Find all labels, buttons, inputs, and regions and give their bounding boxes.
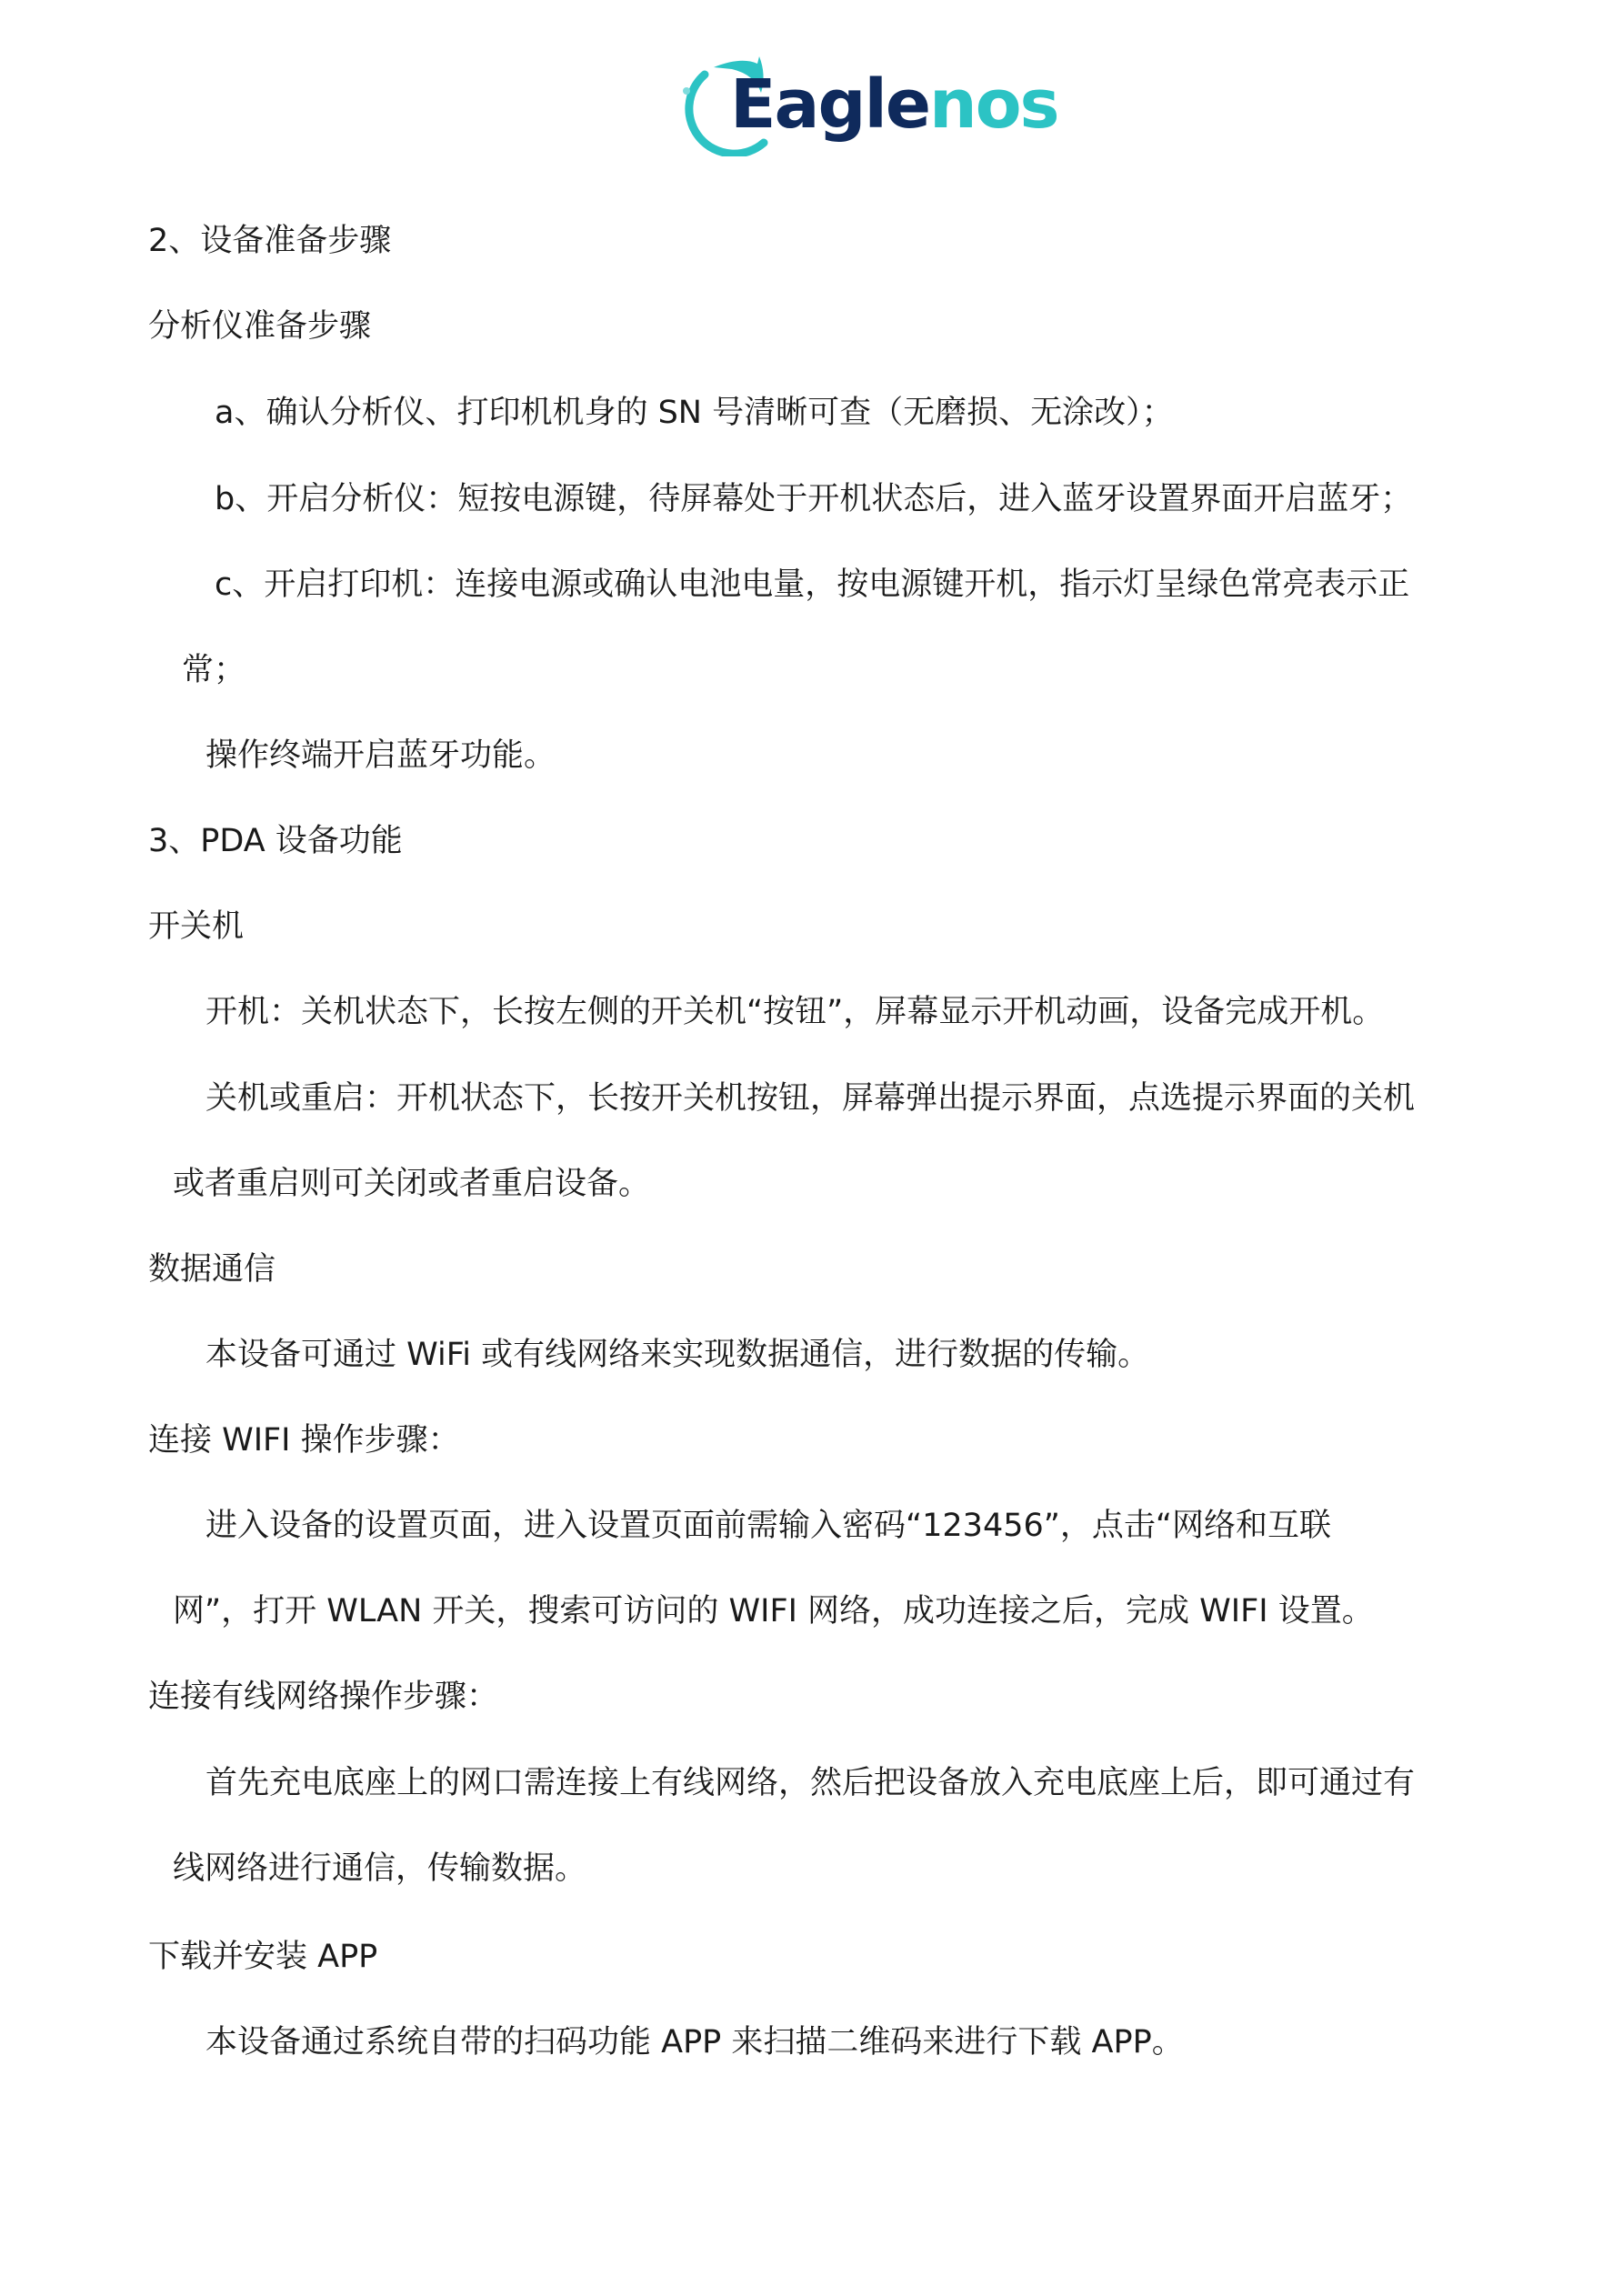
- step-c-line1: c、开启打印机：连接电源或确认电池电量，按电源键开机，指示灯呈绿色常亮表示正: [215, 565, 1409, 605]
- step-c-line2: 常；: [182, 650, 245, 690]
- wifi-steps-line2: 网”，打开 WLAN 开关，搜索可访问的 WIFI 网络，成功连接之后，完成 W…: [173, 1591, 1374, 1631]
- wired-network-line1: 首先充电底座上的网口需连接上有线网络，然后把设备放入充电底座上后，即可通过有: [205, 1763, 1415, 1803]
- subheading-wifi-steps: 连接 WIFI 操作步骤：: [148, 1420, 460, 1460]
- section-heading-device-preparation: 2、设备准备步骤: [148, 221, 391, 261]
- logo-text-light: nos: [929, 65, 1058, 144]
- power-off-text-line2: 或者重启则可关闭或者重启设备。: [173, 1164, 650, 1204]
- terminal-bluetooth-note: 操作终端开启蓝牙功能。: [205, 736, 556, 776]
- subheading-wired-network-steps: 连接有线网络操作步骤：: [148, 1677, 498, 1717]
- section-heading-pda-functions: 3、PDA 设备功能: [148, 821, 403, 861]
- step-b: b、开启分析仪：短按电源键，待屏幕处于开机状态后，进入蓝牙设置界面开启蓝牙；: [215, 479, 1412, 519]
- download-app-text: 本设备通过系统自带的扫码功能 APP 来扫描二维码来进行下载 APP。: [205, 2022, 1184, 2062]
- data-communication-text: 本设备可通过 WiFi 或有线网络来实现数据通信，进行数据的传输。: [205, 1335, 1149, 1375]
- power-on-text: 开机：关机状态下，长按左侧的开关机“按钮”，屏幕显示开机动画，设备完成开机。: [205, 992, 1384, 1032]
- subheading-download-app: 下载并安装 APP: [148, 1937, 377, 1977]
- subheading-power: 开关机: [148, 907, 244, 947]
- logo-wordmark: Eaglenos: [730, 64, 1058, 145]
- wired-network-line2: 线网络进行通信，传输数据。: [173, 1849, 586, 1889]
- subheading-data-communication: 数据通信: [148, 1249, 276, 1289]
- power-off-text-line1: 关机或重启：开机状态下，长按开关机按钮，屏幕弹出提示界面，点选提示界面的关机: [205, 1078, 1415, 1118]
- eaglenos-logo: Eaglenos: [677, 56, 959, 156]
- step-a: a、确认分析仪、打印机机身的 SN 号清晰可查（无磨损、无涂改）；: [215, 393, 1174, 433]
- wifi-steps-line1: 进入设备的设置页面，进入设置页面前需输入密码“123456”，点击“网络和互联: [205, 1506, 1331, 1546]
- logo-text-dark: Eagle: [730, 65, 929, 144]
- subheading-analyzer-preparation: 分析仪准备步骤: [148, 306, 371, 346]
